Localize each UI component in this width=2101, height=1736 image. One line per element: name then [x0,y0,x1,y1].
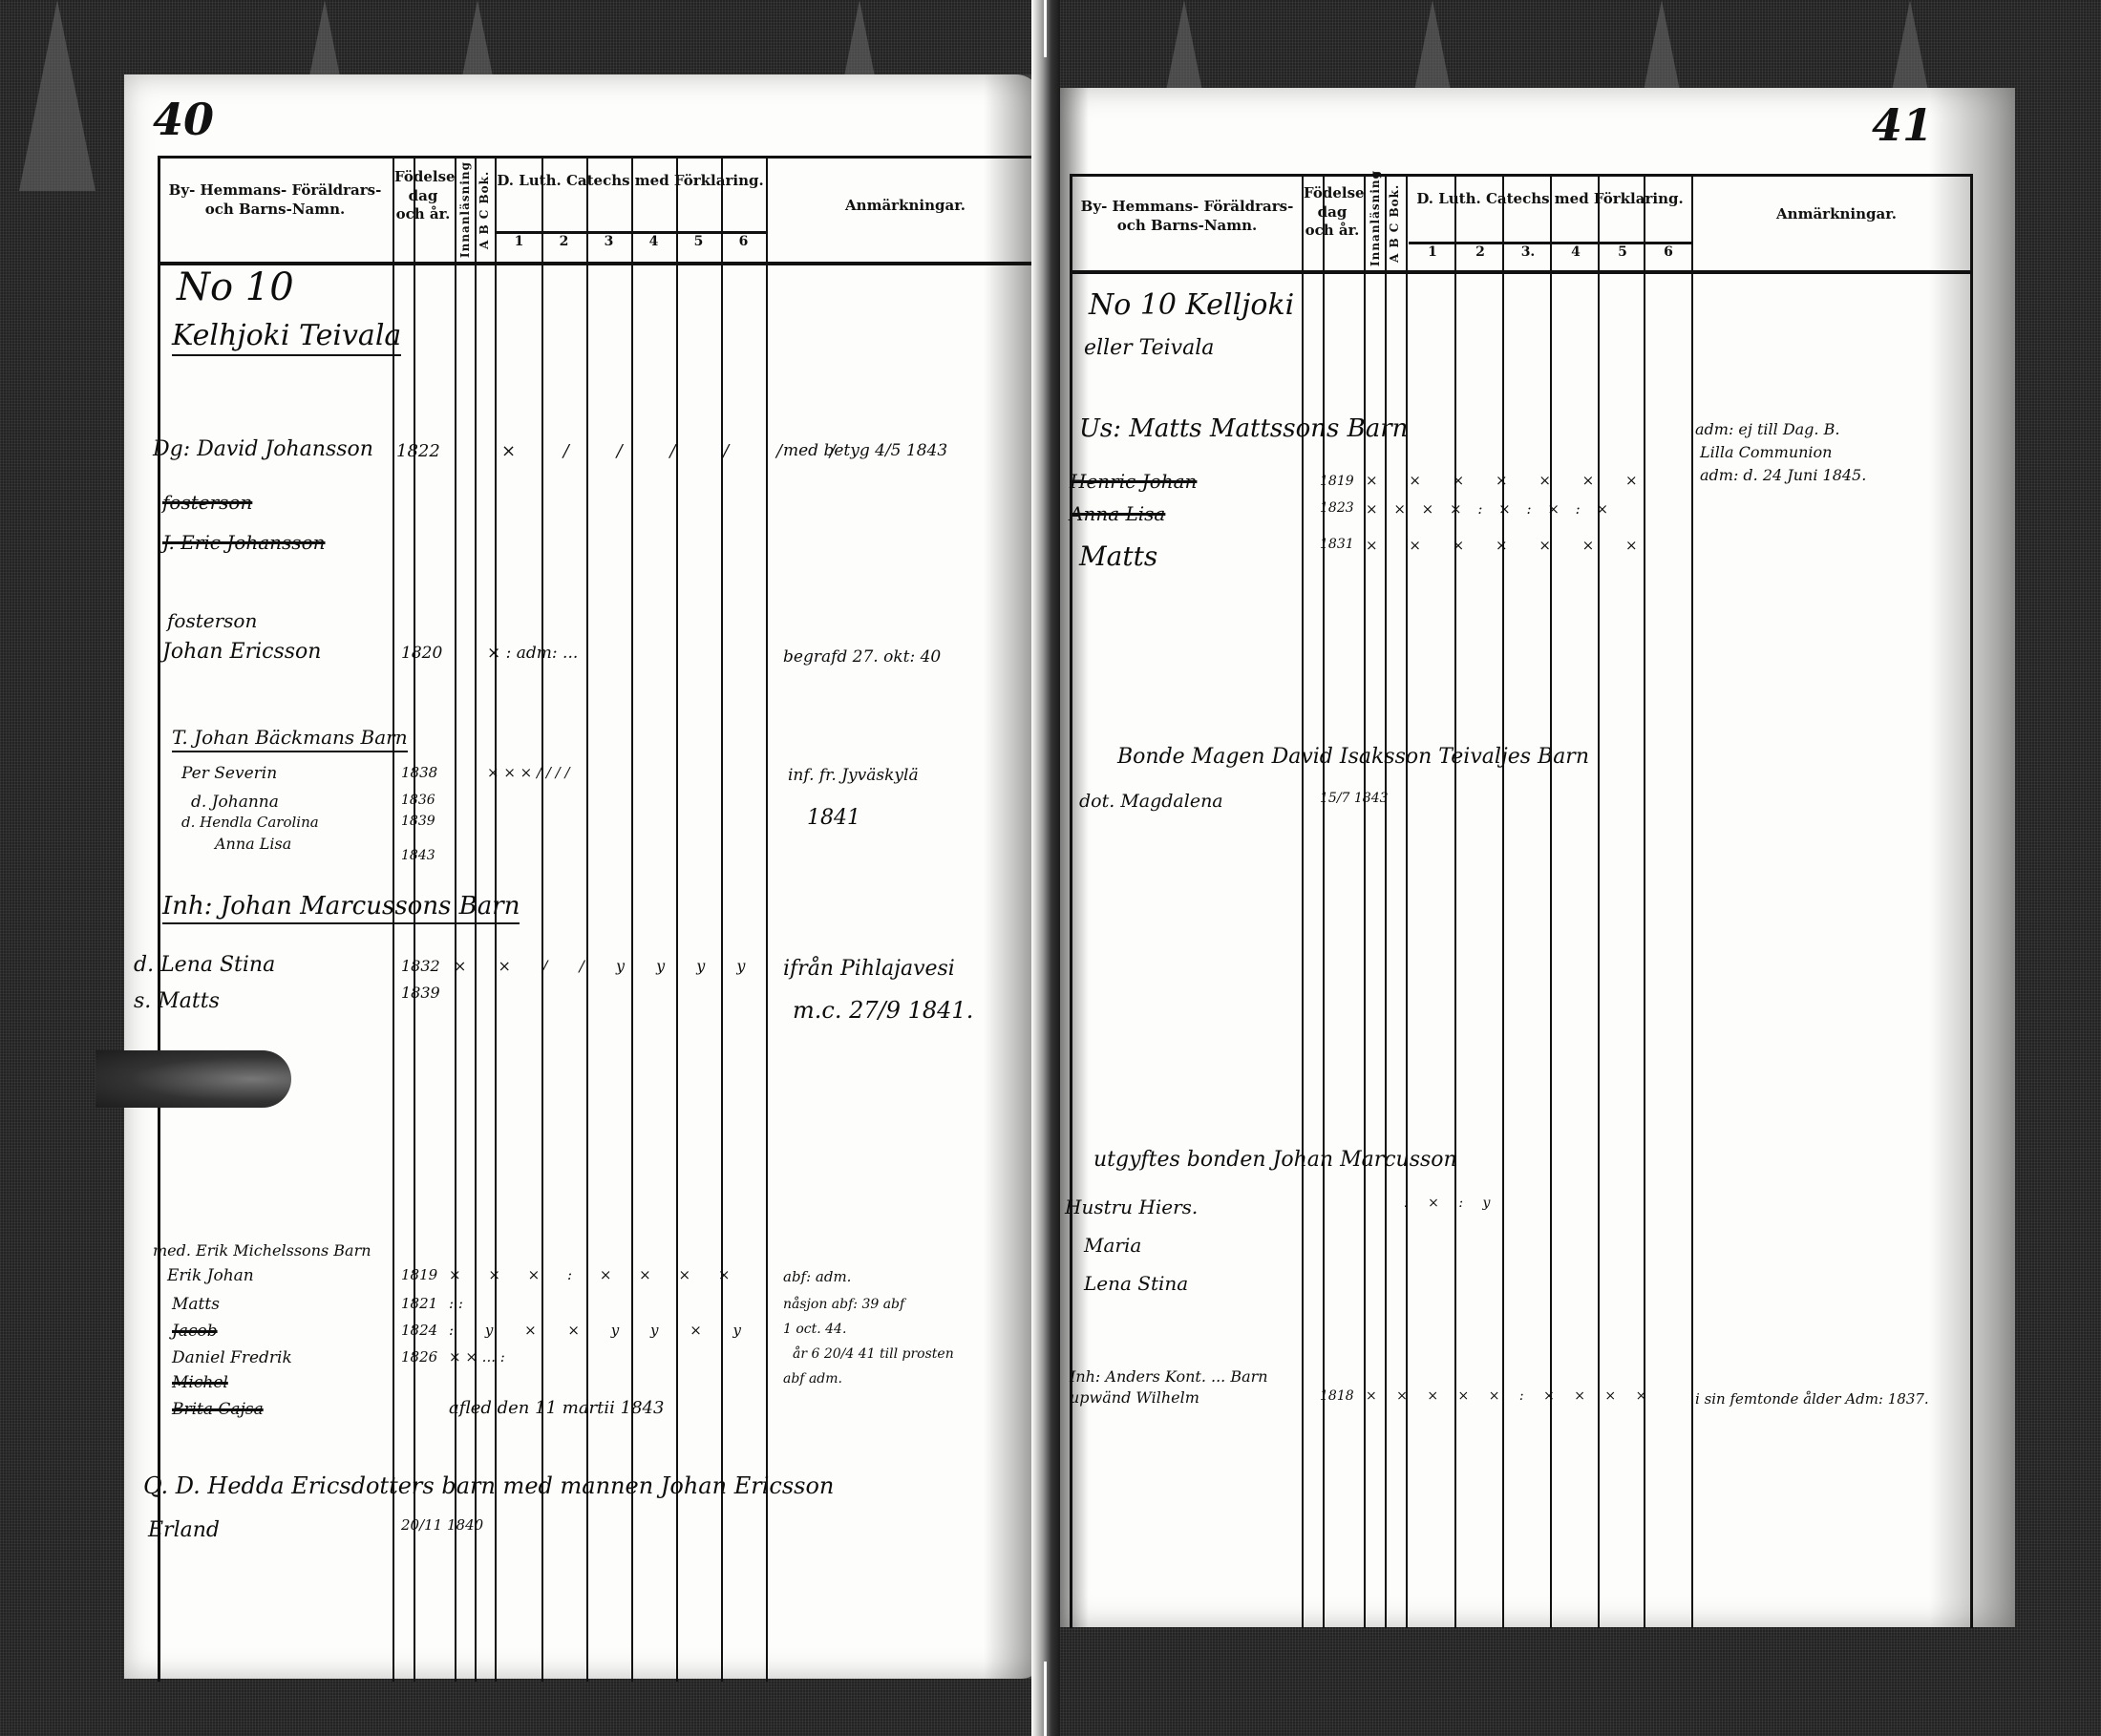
entry-name: Anna Lisa [1070,502,1165,525]
header-names: By- Hemmans- Föräldrars- och Barns-Namn. [160,181,390,219]
header-remarks: Anmärkningar. [1703,205,1970,224]
column-6: 6 [1645,244,1691,269]
entry-birth: 1843 [401,848,435,863]
entry-name: fosterson [162,491,252,514]
entry-remark: 1 oct. 44. [783,1322,846,1337]
entry-marks: × × ... : [449,1348,505,1366]
entry-marks: × × × × × × × [1366,472,1651,489]
household-head: utgyftes bonden Johan Marcusson [1093,1148,1457,1172]
column-rule [1323,177,1325,1628]
entry-name: upwänd Wilhelm [1070,1388,1199,1407]
farm-name: Kelhjoki Teivala [172,319,401,356]
left-page: 40 By- Hemmans- Föräldrars- och Barns-Na… [124,74,1041,1679]
entry-remark: abf: adm. [783,1268,851,1285]
column-2: 2 [541,234,586,259]
entry-marks: × × × × × × × [1366,537,1651,554]
register-table: By- Hemmans- Föräldrars- och Barns-Namn.… [1070,174,1973,1628]
entry-remark: adm: d. 24 Juni 1845. [1700,466,1866,484]
right-page: 41 By- Hemmans- Föräldrars- och Barns-Na… [1060,88,2015,1627]
column-4: 4 [1552,244,1600,269]
household-head: med. Erik Michelssons Barn [153,1241,371,1260]
entry-remark: begrafd 27. okt: 40 [783,647,941,667]
entry-birth: 1819 [1320,474,1354,489]
entry-name: Brita Cajsa [172,1400,264,1419]
entry-birth: 1836 [401,793,435,808]
household-head: Q. D. Hedda Ericsdotters barn med mannen… [143,1472,834,1499]
column-rule [631,159,633,1682]
column-3: 3 [586,234,631,259]
column-3: 3. [1504,244,1552,269]
book-gutter [1031,0,1060,1736]
entry-remark: 1841 [807,806,860,830]
entry-birth: 20/11 1840 [401,1516,483,1534]
entry-birth: 1818 [1320,1388,1354,1404]
entry-name: d. Lena Stina [134,953,275,977]
entry-name: d. Johanna [191,793,279,812]
entry-name: Matts [1079,540,1157,572]
column-1: 1 [497,234,541,259]
entry-name: Maria [1084,1234,1141,1257]
column-rule [586,159,588,1682]
entry-marks: × × × : × × × × [449,1266,741,1283]
entry-remark: år 6 20/4 41 till prosten [793,1346,954,1362]
column-rule [1644,177,1645,1628]
entry-marks: × × × × : × : × : × [1366,500,1614,518]
entry-birth: 1832 [401,957,440,975]
entry-birth: 1823 [1320,500,1354,516]
header-remarks: Anmärkningar. [772,197,1039,216]
table-header: By- Hemmans- Föräldrars- och Barns-Namn.… [160,159,1039,265]
entry-remark: Lilla Communion [1700,443,1832,461]
scanner-thumb [95,1050,291,1108]
entry-name: s. Matts [134,989,220,1013]
entry-name: fosterson [167,609,257,632]
entry-remark: abf adm. [783,1371,842,1387]
page-number: 40 [153,94,214,145]
entry-name: Henric Johan [1070,470,1197,493]
household-head: Us: Matts Mattssons Barn [1079,414,1408,443]
entry-name: Per Severin [181,764,277,783]
header-catechism: D. Luth. Catechs med Förklaring. [497,172,764,191]
entry-marks: × : adm: ... [487,644,578,663]
farm-name: eller Teivala [1084,336,1214,360]
household-head: T. Johan Bäckmans Barn [172,726,408,752]
column-rule [1598,177,1600,1628]
gutter-marker [1044,0,1047,57]
entry-birth: 1839 [401,984,440,1002]
entry-birth: 15/7 1843 [1320,791,1389,806]
entry-remark: ifrån Pihlajavesi [783,957,955,981]
column-rule [721,159,723,1682]
entry-remark: m.c. 27/9 1841. [793,997,973,1024]
entry-marks: : × : y [1404,1196,1497,1211]
header-names: By- Hemmans- Föräldrars- och Barns-Namn. [1072,198,1302,235]
entry-marks: × × × × × : × × × × [1366,1388,1654,1404]
entry-birth: 1826 [401,1348,437,1366]
household-head: Inh: Anders Kont. ... Barn [1070,1367,1268,1386]
column-rule [676,159,678,1682]
column-4: 4 [631,234,676,259]
household-head: Inh: Johan Marcussons Barn [162,892,520,924]
entry-remark: inf. fr. Jyväskylä [788,766,919,785]
entry-birth: 1839 [401,814,435,829]
farm-number: No 10 Kelljoki [1089,288,1294,322]
entry-remark: adm: ej till Dag. B. [1695,420,1839,438]
entry-marks: × × × / / / / [487,764,570,781]
column-rule [1550,177,1552,1628]
scan-artifact [19,0,95,191]
header-reading: Innanläsning [1369,180,1386,266]
column-2: 2 [1456,244,1504,269]
column-5: 5 [1600,244,1645,269]
entry-marks: afled den 11 martii 1843 [449,1398,664,1418]
entry-name: Hustru Hiers. [1065,1196,1198,1218]
entry-name: Jacob [172,1322,218,1341]
column-rule [1385,177,1387,1628]
household-head: Bonde Magen David Isaksson Teivaljes Bar… [1117,745,1589,769]
column-rule [1454,177,1456,1628]
entry-remark: i sin femtonde ålder Adm: 1837. [1695,1390,1929,1408]
entry-marks: × × / / y y y y [454,957,758,975]
entry-birth: 1824 [401,1322,437,1339]
column-rule [541,159,543,1682]
entry-name: Erland [148,1518,220,1542]
entry-name: J. Eric Johansson [162,531,326,554]
entry-remark: med betyg 4/5 1843 [783,441,947,460]
column-rule [1691,177,1693,1628]
farm-number: No 10 [177,265,294,309]
header-abc: A B C Bok. [477,162,495,258]
column-rule [1502,177,1504,1628]
entry-remark: nåsjon abf: 39 abf [783,1297,904,1312]
entry-marks: : : [449,1295,463,1312]
entry-name: Erik Johan [167,1266,254,1285]
entry-name: dot. Magdalena [1079,791,1223,812]
entry-name: Anna Lisa [215,835,291,853]
entry-name: Daniel Fredrik [172,1348,292,1367]
header-abc: A B C Bok. [1388,180,1405,266]
column-rule [1406,177,1408,1628]
column-rule [1302,177,1304,1628]
column-rule [1364,177,1366,1628]
gutter-marker [1044,1662,1047,1736]
column-6: 6 [721,234,766,259]
entry-name: Dg: David Johansson [153,437,373,461]
entry-name: Johan Ericsson [162,640,321,664]
entry-birth: 1821 [401,1295,437,1312]
entry-birth: 1831 [1320,537,1354,552]
entry-birth: 1819 [401,1266,437,1283]
page-number: 41 [1872,99,1933,151]
column-5: 5 [676,234,721,259]
header-birth: Födelse dag och år. [394,168,452,224]
entry-name: Lena Stina [1084,1272,1188,1295]
entry-birth: 1820 [401,644,442,663]
entry-birth: 1838 [401,764,437,781]
entry-name: d. Hendla Carolina [181,814,319,831]
column-1: 1 [1409,244,1456,269]
header-reading: Innanläsning [458,162,476,258]
column-rule [766,159,768,1682]
entry-name: Michel [172,1373,228,1392]
entry-birth: 1822 [396,441,440,461]
entry-marks: : y × × y y × y [449,1322,754,1339]
table-header: By- Hemmans- Föräldrars- och Barns-Namn.… [1072,177,1970,274]
header-birth: Födelse dag och år. [1304,184,1361,241]
entry-name: Matts [172,1295,220,1314]
